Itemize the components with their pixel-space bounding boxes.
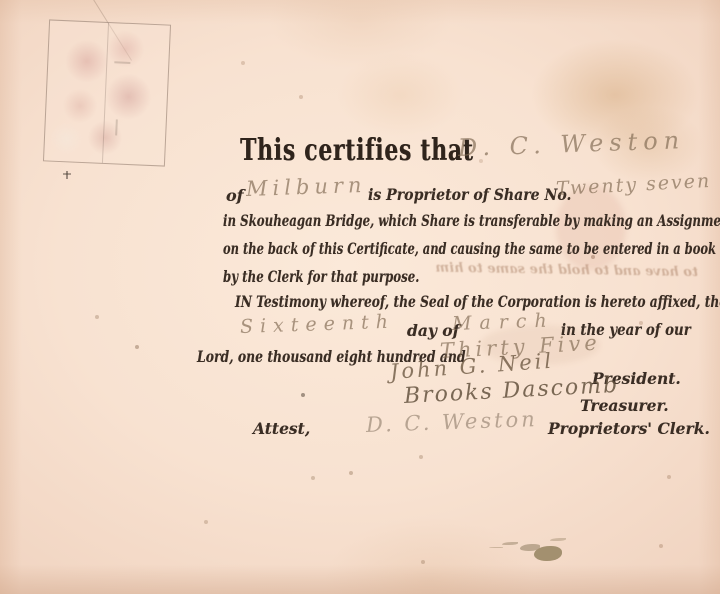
proprietor-of-share-text: is Proprietor of Share No. [368, 185, 571, 204]
month-handwritten: March [452, 309, 555, 335]
seal-pencil-mark-1 [114, 61, 130, 64]
residence-handwritten: Milburn [246, 173, 367, 201]
body-line-3: by the Clerk for that purpose. [223, 267, 419, 286]
body-line-1: in Skouheagan Bridge, which Share is tra… [223, 211, 720, 230]
ink-blot [534, 546, 562, 561]
testimony-line: IN Testimony whereof, the Seal of the Co… [235, 292, 720, 311]
holder-name-handwritten: D. C. Weston [458, 126, 686, 162]
foxing-specks [0, 0, 2, 2]
seal-pencil-mark-2 [115, 119, 118, 135]
embossed-seal [43, 19, 171, 166]
share-number-handwritten: Twenty seven [555, 170, 711, 200]
seal-crease-line [102, 23, 109, 163]
day-handwritten: Sixteenth [240, 311, 396, 338]
attest-label: Attest, [253, 419, 310, 438]
clerk-title: Proprietors' Clerk. [548, 419, 710, 438]
body-line-2: on the back of this Certificate, and cau… [223, 239, 720, 258]
certificate-document: to have and to hold the same to him This… [0, 0, 720, 594]
clerk-signature: D. C. Weston [366, 407, 539, 437]
certificate-heading: This certifies that [240, 133, 474, 168]
of-label: of [226, 186, 244, 205]
treasurer-title: Treasurer. [580, 396, 669, 415]
pencil-mark [63, 171, 71, 179]
bleed-through-text: to have and to hold the same to him [448, 261, 698, 280]
